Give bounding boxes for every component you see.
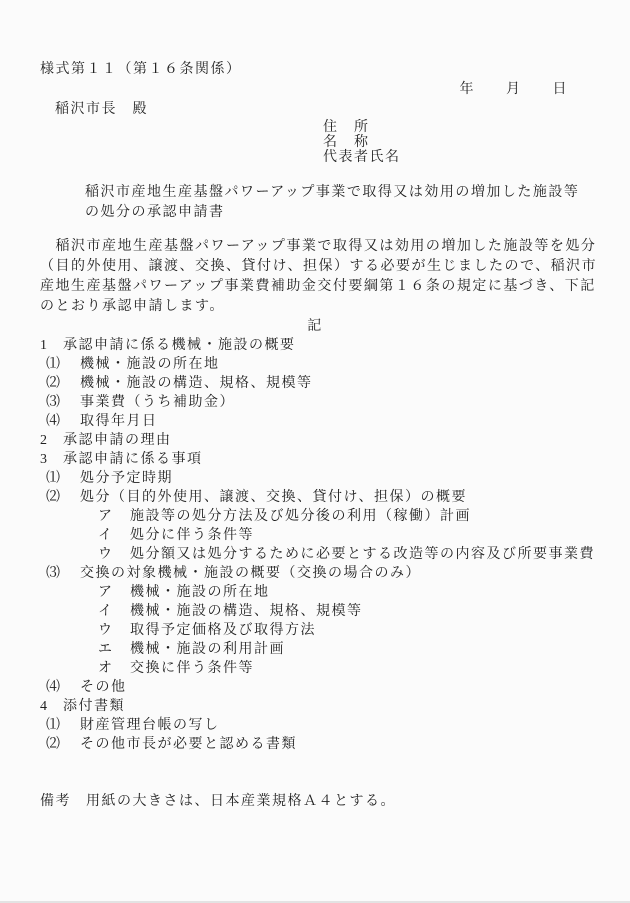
list-item-marker: エ (98, 640, 130, 659)
list-item: ⑷取得年月日 (0, 412, 630, 431)
list-item-marker: ⑷ (46, 412, 80, 431)
list-item: ア施設等の処分方法及び処分後の利用（稼働）計画 (0, 507, 630, 526)
list-item-text: 取得予定価格及び取得方法 (130, 621, 316, 640)
list-item: 4添付書類 (0, 697, 630, 716)
list-item-text: 処分（目的外使用、譲渡、交換、貸付け、担保）の概要 (80, 488, 467, 507)
list-item: ウ取得予定価格及び取得方法 (0, 621, 630, 640)
list-item: イ機械・施設の構造、規格、規模等 (0, 602, 630, 621)
list-item-marker: 2 (40, 431, 63, 450)
list-item-text: 取得年月日 (80, 412, 158, 431)
document-title: 稲沢市産地生産基盤パワーアップ事業で取得又は効用の増加した施設等の処分の承認申請… (85, 183, 630, 223)
list-item-marker: ア (98, 507, 130, 526)
list-item: ⑵機械・施設の構造、規格、規模等 (0, 374, 630, 393)
list-item-marker: 3 (40, 450, 63, 469)
list-item-marker: ⑴ (46, 716, 80, 735)
list-item: 1承認申請に係る機械・施設の概要 (0, 336, 630, 355)
list-item-marker: ア (98, 583, 130, 602)
list-item: 2承認申請の理由 (0, 431, 630, 450)
list-item-text: 処分に伴う条件等 (130, 526, 254, 545)
list-item-text: その他 (80, 678, 127, 697)
list-item-marker: ⑴ (46, 469, 80, 488)
note-line: 備考用紙の大きさは、日本産業規格Ａ４とする。 (40, 792, 630, 812)
list-item-text: 処分額又は処分するために必要とする改造等の内容及び所要事業費 (130, 545, 595, 564)
list-item-marker: イ (98, 602, 130, 621)
note-label: 備考 (40, 794, 71, 809)
list-item: ⑶事業費（うち補助金） (0, 393, 630, 412)
body-line: （目的外使用、譲渡、交換、貸付け、担保）する必要が生じましたので、稲沢市 (40, 257, 630, 277)
addressee: 稲沢市長 殿 (55, 100, 630, 120)
list-item-marker: オ (98, 659, 130, 678)
list-item-text: 処分予定時期 (80, 469, 173, 488)
list-item-text: 承認申請に係る機械・施設の概要 (63, 336, 296, 355)
list-item-marker: ウ (98, 621, 130, 640)
list-item: 3承認申請に係る事項 (0, 450, 630, 469)
list-item: ⑵処分（目的外使用、譲渡、交換、貸付け、担保）の概要 (0, 488, 630, 507)
body-line: 産地生産基盤パワーアップ事業費補助金交付要綱第１６条の規定に基づき、下記 (40, 277, 630, 297)
list-item: イ処分に伴う条件等 (0, 526, 630, 545)
list-item: ウ処分額又は処分するために必要とする改造等の内容及び所要事業費 (0, 545, 630, 564)
list-item: エ機械・施設の利用計画 (0, 640, 630, 659)
list-item-text: その他市長が必要と認める書類 (80, 735, 297, 754)
list-item: ⑷その他 (0, 678, 630, 697)
list-item-text: 財産管理台帳の写し (80, 716, 220, 735)
list-item-marker: ⑶ (46, 564, 80, 583)
list-item-marker: ⑷ (46, 678, 80, 697)
submitter-line: 名 称 (323, 135, 630, 150)
note-text: 用紙の大きさは、日本産業規格Ａ４とする。 (86, 794, 396, 809)
list-item-marker: ⑴ (46, 355, 80, 374)
title-line: 稲沢市産地生産基盤パワーアップ事業で取得又は効用の増加した施設等 (85, 183, 630, 203)
list-item-text: 事業費（うち補助金） (80, 393, 235, 412)
list-item-text: 機械・施設の構造、規格、規模等 (130, 602, 363, 621)
submitter-line: 代表者氏名 (323, 150, 630, 165)
list-item-marker: 1 (40, 336, 63, 355)
list-item-text: 機械・施設の構造、規格、規模等 (80, 374, 313, 393)
form-number: 様式第１１（第１６条関係） (40, 0, 630, 80)
list-item: ⑴財産管理台帳の写し (0, 716, 630, 735)
list-item-marker: ウ (98, 545, 130, 564)
list-item-marker: ⑶ (46, 393, 80, 412)
list-item-marker: ⑵ (46, 488, 80, 507)
submitter-line: 住 所 (323, 120, 630, 135)
list-item: ⑴機械・施設の所在地 (0, 355, 630, 374)
list-item: ⑴処分予定時期 (0, 469, 630, 488)
list-item-text: 承認申請に係る事項 (63, 450, 203, 469)
submitter-block: 住 所名 称代表者氏名 (323, 120, 630, 165)
list-item-marker: イ (98, 526, 130, 545)
date-line: 年 月 日 (0, 80, 630, 100)
list-item-marker: ⑵ (46, 374, 80, 393)
body-paragraph: 稲沢市産地生産基盤パワーアップ事業で取得又は効用の増加した施設等を処分（目的外使… (40, 237, 630, 317)
list-item-text: 交換の対象機械・施設の概要（交換の場合のみ） (80, 564, 421, 583)
list-item-marker: 4 (40, 697, 63, 716)
title-line: の処分の承認申請書 (85, 203, 630, 223)
list-item: ⑶交換の対象機械・施設の概要（交換の場合のみ） (0, 564, 630, 583)
list-item: ア機械・施設の所在地 (0, 583, 630, 602)
body-line: 稲沢市産地生産基盤パワーアップ事業で取得又は効用の増加した施設等を処分 (40, 237, 630, 257)
list-item: ⑵その他市長が必要と認める書類 (0, 735, 630, 754)
section-marker: 記 (0, 317, 630, 336)
list-item-text: 機械・施設の利用計画 (130, 640, 285, 659)
outline-list: 1承認申請に係る機械・施設の概要⑴機械・施設の所在地⑵機械・施設の構造、規格、規… (0, 336, 630, 754)
list-item-marker: ⑵ (46, 735, 80, 754)
document-page: 様式第１１（第１６条関係） 年 月 日 稲沢市長 殿 住 所名 称代表者氏名 稲… (0, 0, 630, 903)
list-item-text: 交換に伴う条件等 (130, 659, 254, 678)
list-item-text: 機械・施設の所在地 (130, 583, 270, 602)
list-item-text: 施設等の処分方法及び処分後の利用（稼働）計画 (130, 507, 471, 526)
list-item-text: 機械・施設の所在地 (80, 355, 220, 374)
list-item-text: 添付書類 (63, 697, 125, 716)
body-line: のとおり承認申請します。 (40, 297, 630, 317)
list-item: オ交換に伴う条件等 (0, 659, 630, 678)
list-item-text: 承認申請の理由 (63, 431, 172, 450)
